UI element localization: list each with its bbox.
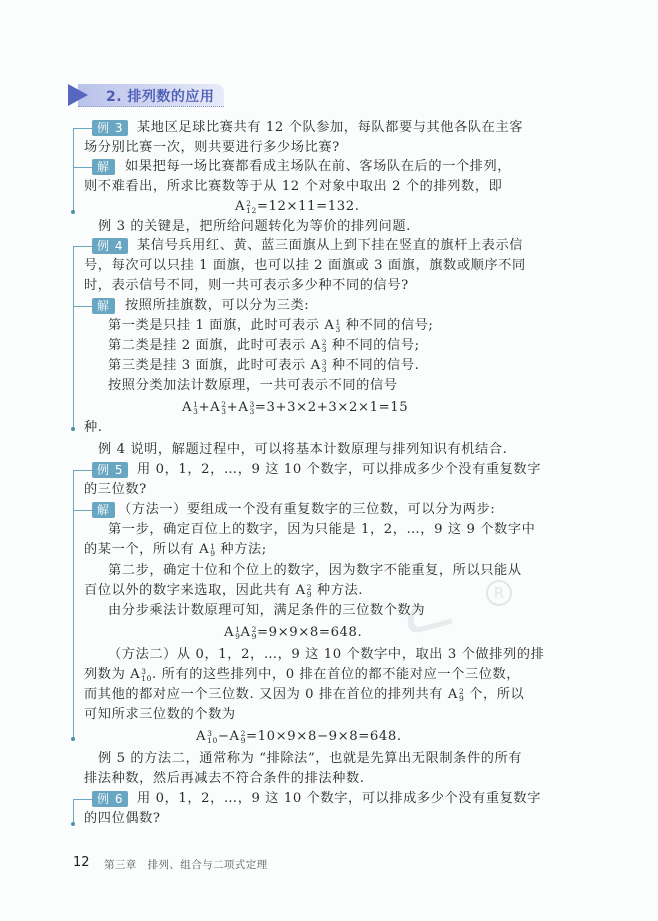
text-line: 用 0，1，2，…，9 这 10 个数字，可以排成多少个没有重复数字	[137, 460, 541, 480]
text-span: 列数为	[84, 667, 125, 682]
bracket-connector	[73, 128, 93, 129]
text-span: 种不同的信号.	[332, 358, 420, 373]
text-span: 种不同的信号;	[332, 338, 420, 353]
example-4-bracket	[73, 246, 74, 428]
text-span: 第三类是挂 3 面旗，此时可表示	[108, 358, 306, 373]
formula-line: A13+A23+A33=3+3×2+3×2×1=15	[182, 398, 408, 418]
bracket-connector	[73, 306, 93, 307]
text-line: 百位以外的数字来选取，因此共有 A29 种方法.	[84, 581, 363, 601]
text-line: 排法种数，然后再减去不符合条件的排法种数.	[84, 769, 365, 789]
bracket-connector	[73, 470, 93, 471]
bracket-connector	[73, 510, 93, 511]
text-span: . 所有的这些排列中，0 排在首位的都不能对应一个三位数，	[152, 667, 520, 682]
text-line: 的某一个，所以有 A19 种方法;	[84, 540, 267, 560]
example-5-tag: 例 5	[92, 462, 128, 478]
text-line: 的四位偶数?	[84, 809, 161, 829]
perm-symbol: A310	[130, 667, 152, 682]
text-line: 可知所求三位数的个数为	[84, 705, 236, 725]
text-line: 号，每次可以只挂 1 面旗，也可以挂 2 面旗或 3 面旗，旗数或顺序不同	[84, 256, 526, 276]
text-line: 而其他的都对应一个三位数. 又因为 0 排在首位的排列共有 A29 个，所以	[84, 685, 524, 705]
solution-4-tag: 解	[92, 298, 115, 314]
section-header: 2. 排列数的应用	[68, 84, 226, 108]
perm-symbol: A13	[324, 318, 341, 333]
text-span: 而其他的都对应一个三位数. 又因为 0 排在首位的排列共有	[84, 687, 443, 702]
text-line: 如果把每一场比赛都看成主场队在前、客场队在后的一个排列，	[125, 157, 511, 177]
text-line: 按照所挂旗数，可以分为三类:	[125, 296, 309, 316]
formula-line: A310−A29=10×9×8−9×8=648.	[196, 727, 402, 747]
text-line: （方法一）要组成一个没有重复数字的三位数，可以分为两步:	[118, 500, 495, 520]
text-line: 例 4 说明，解题过程中，可以将基本计数原理与排列知识有机结合.	[98, 440, 507, 460]
perm-symbol: A212	[235, 199, 257, 214]
section-title: 2. 排列数的应用	[106, 86, 214, 106]
text-line: 列数为 A310. 所有的这些排列中，0 排在首位的都不能对应一个三位数，	[84, 665, 520, 685]
bracket-connector	[73, 167, 93, 168]
text-span: 的某一个，所以有	[84, 542, 194, 557]
text-line: 场分别比赛一次，则共要进行多少场比赛?	[84, 138, 340, 158]
text-span: 种方法.	[317, 583, 363, 598]
text-line: 例 3 的关键是，把所给问题转化为等价的排列问题.	[98, 217, 411, 237]
formula-text: =3+3×2+3×2×1=15	[255, 400, 408, 415]
text-line: 由分步乘法计数原理可知，满足条件的三位数个数为	[108, 601, 425, 621]
triangle-arrow-icon	[68, 84, 88, 106]
text-span: 百位以外的数字来选取，因此共有	[84, 583, 291, 598]
bracket-connector	[73, 246, 93, 247]
perm-symbol: A29	[448, 687, 465, 702]
example-4-tag: 例 4	[92, 238, 128, 254]
registered-icon: R	[486, 580, 512, 606]
perm-symbol: A23	[311, 338, 328, 353]
page-number: 12	[73, 855, 90, 870]
text-line: 第三类是挂 3 面旗，此时可表示 A33 种不同的信号.	[108, 356, 419, 376]
text-span: 第二类是挂 2 面旗，此时可表示	[108, 338, 306, 353]
text-span: 种方法;	[220, 542, 266, 557]
text-line: 第一步，确定百位上的数字，因为只能是 1，2，…，9 这 9 个数字中	[108, 520, 535, 540]
example-6-bracket	[73, 799, 74, 823]
text-line: （方法二）从 0，1，2，…，9 这 10 个数字中，取出 3 个做排列的排	[108, 645, 544, 665]
solution-5-tag: 解	[92, 502, 115, 518]
formula-text: =9×9×8=648.	[257, 625, 362, 640]
formula-text: =10×9×8−9×8=648.	[246, 729, 402, 744]
text-line: 例 5 的方法二，通常称为 “排除法”，也就是先算出无限制条件的所有	[98, 749, 522, 769]
text-line: 某信号兵用红、黄、蓝三面旗从上到下挂在竖直的旗杆上表示信	[137, 236, 523, 256]
text-span: 个，所以	[469, 687, 524, 702]
text-line: 则不难看出，所求比赛数等于从 12 个对象中取出 2 个的排列数，即	[84, 177, 502, 197]
text-line: 用 0，1，2，…，9 这 10 个数字，可以排成多少个没有重复数字	[137, 789, 541, 809]
solution-3-tag: 解	[92, 159, 115, 175]
formula-line: A212=12×11=132.	[235, 197, 360, 217]
example-3-bracket	[73, 128, 74, 211]
perm-symbol: A33	[311, 358, 328, 373]
text-line: 第二类是挂 2 面旗，此时可表示 A23 种不同的信号;	[108, 336, 420, 356]
formula-text: =12×11=132.	[257, 199, 360, 214]
text-line: 第一类是只挂 1 面旗，此时可表示 A13 种不同的信号;	[108, 316, 433, 336]
formula-line: A19A29=9×9×8=648.	[224, 623, 362, 643]
chapter-title: 第三章 排列、组合与二项式定理	[104, 857, 268, 872]
text-line: 第二步，确定十位和个位上的数字，因为数字不能重复，所以只能从	[108, 561, 522, 581]
text-line: 时，表示信号不同，则一共可表示多少种不同的信号?	[84, 276, 409, 296]
text-line: 某地区足球比赛共有 12 个队参加，每队都要与其他各队在主客	[137, 118, 523, 138]
perm-symbol: A19	[199, 542, 216, 557]
perm-symbol: A29	[296, 583, 313, 598]
text-line: 按照分类加法计数原理，一共可表示不同的信号	[108, 376, 398, 396]
example-3-tag: 例 3	[92, 120, 128, 136]
text-span: 第一类是只挂 1 面旗，此时可表示	[108, 318, 320, 333]
text-span: 种不同的信号;	[346, 318, 434, 333]
textbook-page: 2. 排列数的应用 ᓚ R 例 3 解 某地区足球比赛共有 12 个队参加，每队…	[0, 0, 658, 921]
example-6-tag: 例 6	[92, 791, 128, 807]
text-line: 的三位数?	[84, 480, 147, 500]
bracket-connector	[73, 799, 93, 800]
text-line: 种.	[84, 418, 103, 438]
